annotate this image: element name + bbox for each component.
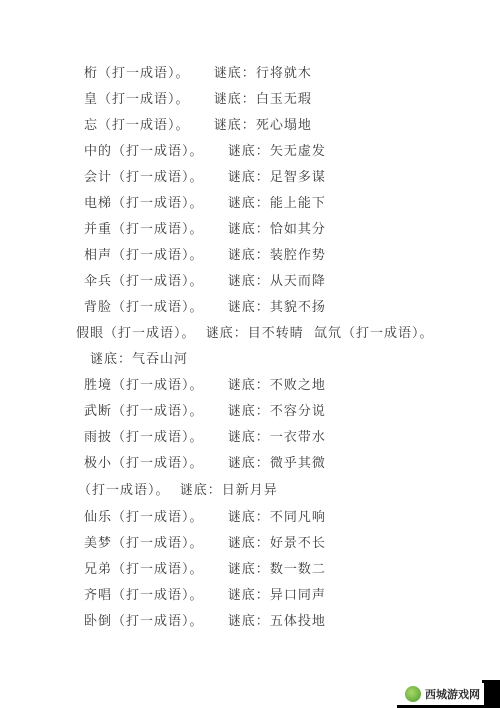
riddle-question: 兄弟（打一成语）。	[84, 562, 204, 578]
riddle-answer: 一衣带水	[270, 430, 326, 446]
riddle-question: 卧倒（打一成语）。	[84, 614, 204, 630]
riddle-answer-label: 谜底：	[214, 66, 256, 82]
riddle-line: 雨披（打一成语）。 谜底：一衣带水	[84, 430, 326, 446]
riddle-answer: 足智多谋	[270, 170, 326, 186]
riddle-answer: 白玉无瑕	[256, 92, 312, 108]
riddle-answer: 不容分说	[270, 404, 326, 420]
riddle-question: 并重（打一成语）。	[84, 222, 204, 238]
riddle-line: 会计（打一成语）。 谜底：足智多谋	[84, 170, 326, 186]
riddle-line: 皇（打一成语）。 谜底：白玉无瑕	[84, 92, 312, 108]
orphan-riddle-line: （打一成语）。 谜底：日新月异	[78, 483, 278, 499]
riddle-question: 会计（打一成语）。	[84, 170, 204, 186]
riddle-line: 齐唱（打一成语）。 谜底：异口同声	[84, 588, 326, 604]
riddle-answer-label: 谜底：	[228, 430, 270, 446]
riddle-answer: 能上能下	[270, 196, 326, 212]
watermark-text: 西城游戏网	[425, 686, 480, 702]
riddle-answer: 其貌不扬	[270, 300, 326, 316]
riddle-answer-label: 谜底：	[228, 614, 270, 630]
riddle-answer: 微乎其微	[270, 456, 326, 472]
riddle-answer-label: 谜底：	[214, 92, 256, 108]
riddle-question: 仙乐（打一成语）。	[84, 510, 204, 526]
riddle-line: 仙乐（打一成语）。 谜底：不同凡响	[84, 510, 326, 526]
riddle-answer-label: 谜底：	[228, 378, 270, 394]
riddle-line: 伞兵（打一成语）。 谜底：从天而降	[84, 274, 326, 290]
riddle-line: 卧倒（打一成语）。 谜底：五体投地	[84, 614, 326, 630]
riddle-answer-label: 谜底：	[228, 456, 270, 472]
riddle-line: 胜境（打一成语）。 谜底：不败之地	[84, 378, 326, 394]
riddle-answer: 五体投地	[270, 614, 326, 630]
riddle-line: 电梯（打一成语）。 谜底：能上能下	[84, 196, 326, 212]
riddle-answer: 数一数二	[270, 562, 326, 578]
riddle-answer-label: 谜底：	[214, 118, 256, 134]
watermark: 西城游戏网	[397, 680, 500, 708]
riddle-question: 美梦（打一成语）。	[84, 536, 204, 552]
riddle-answer: 不同凡响	[270, 510, 326, 526]
riddle-answer: 死心塌地	[256, 118, 312, 134]
riddle-answer-label: 谜底：	[228, 170, 270, 186]
riddle-question: 中的（打一成语）。	[84, 144, 204, 160]
riddle-answer-label: 谜底：	[228, 144, 270, 160]
riddle-line: 中的（打一成语）。 谜底：矢无虚发	[84, 144, 326, 160]
watermark-black-block	[482, 680, 500, 708]
riddle-line: 极小（打一成语）。 谜底：微乎其微	[84, 456, 326, 472]
riddle-answer-label: 谜底：	[228, 300, 270, 316]
riddle-answer: 恰如其分	[270, 222, 326, 238]
riddle-answer-label: 谜底：	[228, 274, 270, 290]
riddle-line: 相声（打一成语）。 谜底：装腔作势	[84, 248, 326, 264]
riddle-answer-label: 谜底：	[228, 196, 270, 212]
riddle-question: 武断（打一成语）。	[84, 404, 204, 420]
wrapped-riddle-line: 假眼（打一成语）。 谜底：目不转睛 氙氘（打一成语）。	[76, 326, 434, 342]
riddle-line: 背脸（打一成语）。 谜底：其貌不扬	[84, 300, 326, 316]
riddle-question: 皇（打一成语）。	[84, 92, 190, 108]
riddle-line: 并重（打一成语）。 谜底：恰如其分	[84, 222, 326, 238]
riddle-line: 忘（打一成语）。 谜底：死心塌地	[84, 118, 312, 134]
riddle-line: 美梦（打一成语）。 谜底：好景不长	[84, 536, 326, 552]
riddle-answer: 从天而降	[270, 274, 326, 290]
riddle-question: 桁（打一成语）。	[84, 66, 190, 82]
riddle-question: 雨披（打一成语）。	[84, 430, 204, 446]
leaf-logo-icon	[405, 686, 421, 702]
riddle-answer: 好景不长	[270, 536, 326, 552]
riddle-line: 兄弟（打一成语）。 谜底：数一数二	[84, 562, 326, 578]
watermark-logo: 西城游戏网	[397, 683, 484, 705]
wrapped-riddle-continuation: 谜底：气吞山河	[90, 352, 188, 368]
riddle-question: 相声（打一成语）。	[84, 248, 204, 264]
riddle-answer-label: 谜底：	[228, 510, 270, 526]
riddle-answer-label: 谜底：	[228, 248, 270, 264]
riddle-answer-label: 谜底：	[228, 562, 270, 578]
riddle-answer: 装腔作势	[270, 248, 326, 264]
riddle-question: 背脸（打一成语）。	[84, 300, 204, 316]
riddle-answer-label: 谜底：	[228, 588, 270, 604]
riddle-answer: 不败之地	[270, 378, 326, 394]
riddle-answer-label: 谜底：	[228, 536, 270, 552]
riddle-answer-label: 谜底：	[228, 222, 270, 238]
riddle-answer: 矢无虚发	[270, 144, 326, 160]
riddle-question: 齐唱（打一成语）。	[84, 588, 204, 604]
riddle-answer: 异口同声	[270, 588, 326, 604]
riddle-question: 电梯（打一成语）。	[84, 196, 204, 212]
riddle-line: 桁（打一成语）。 谜底：行将就木	[84, 66, 312, 82]
riddle-line: 武断（打一成语）。 谜底：不容分说	[84, 404, 326, 420]
riddle-question: 忘（打一成语）。	[84, 118, 190, 134]
riddle-answer-label: 谜底：	[228, 404, 270, 420]
riddle-answer: 行将就木	[256, 66, 312, 82]
riddle-question: 胜境（打一成语）。	[84, 378, 204, 394]
riddle-question: 伞兵（打一成语）。	[84, 274, 204, 290]
riddle-question: 极小（打一成语）。	[84, 456, 204, 472]
